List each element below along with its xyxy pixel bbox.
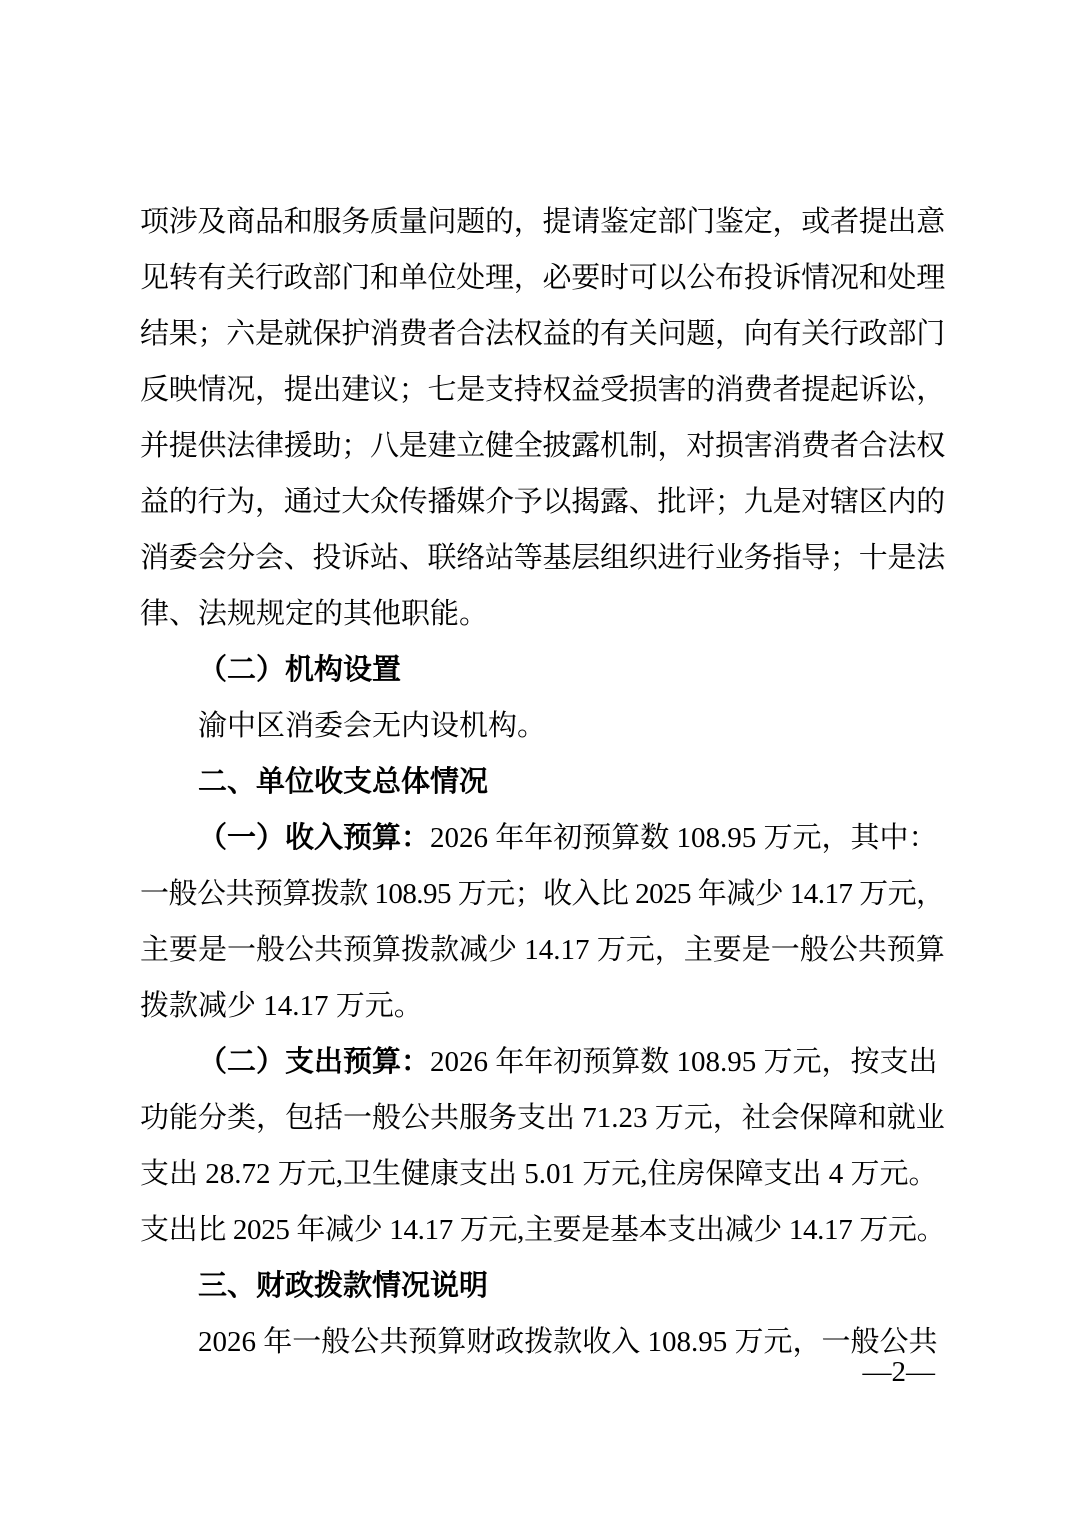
body-text-line: 益的行为，通过大众传播媒介予以揭露、批评；九是对辖区内的 <box>140 474 945 530</box>
body-text-line: 主要是一般公共预算拨款减少 14.17 万元，主要是一般公共预算 <box>140 922 945 978</box>
body-text-line: 反映情况，提出建议；七是支持权益受损害的消费者提起诉讼， <box>140 362 945 418</box>
body-text-line: 并提供法律援助；八是建立健全披露机制，对损害消费者合法权 <box>140 418 945 474</box>
paragraph-lead-income: （一）收入预算： <box>198 822 430 854</box>
subsection-heading-org: （二）机构设置 <box>140 642 945 698</box>
paragraph-lead-expense: （二）支出预算： <box>198 1046 430 1078</box>
body-text-line: 项涉及商品和服务质量问题的，提请鉴定部门鉴定，或者提出意 <box>140 194 945 250</box>
page-number: —2— <box>140 1344 945 1400</box>
body-text-segment: 2026 年年初预算数 108.95 万元，按支出 <box>430 1046 938 1078</box>
body-text-line: 一般公共预算拨款 108.95 万元；收入比 2025 年减少 14.17 万元… <box>140 866 945 922</box>
body-text-line: 结果；六是就保护消费者合法权益的有关问题，向有关行政部门 <box>140 306 945 362</box>
body-text-line: 支出 28.72 万元,卫生健康支出 5.01 万元,住房保障支出 4 万元。 <box>140 1146 945 1202</box>
document-page: 项涉及商品和服务质量问题的，提请鉴定部门鉴定，或者提出意 见转有关行政部门和单位… <box>0 0 1074 1520</box>
body-text-line: （二）支出预算：2026 年年初预算数 108.95 万元，按支出 <box>140 1034 945 1090</box>
section-heading-3: 三、财政拨款情况说明 <box>140 1258 945 1314</box>
document-body: 项涉及商品和服务质量问题的，提请鉴定部门鉴定，或者提出意 见转有关行政部门和单位… <box>140 194 945 1370</box>
section-heading-2: 二、单位收支总体情况 <box>140 754 945 810</box>
body-text-line: 拨款减少 14.17 万元。 <box>140 978 945 1034</box>
body-text-line: 见转有关行政部门和单位处理，必要时可以公布投诉情况和处理 <box>140 250 945 306</box>
body-text-line: 功能分类，包括一般公共服务支出 71.23 万元，社会保障和就业 <box>140 1090 945 1146</box>
body-text-line: 渝中区消委会无内设机构。 <box>140 698 945 754</box>
body-text-line: 律、法规规定的其他职能。 <box>140 586 945 642</box>
body-text-line: （一）收入预算：2026 年年初预算数 108.95 万元，其中： <box>140 810 945 866</box>
body-text-segment: 2026 年年初预算数 108.95 万元，其中： <box>430 822 938 854</box>
body-text-line: 支出比 2025 年减少 14.17 万元,主要是基本支出减少 14.17 万元… <box>140 1202 945 1258</box>
body-text-line: 消委会分会、投诉站、联络站等基层组织进行业务指导；十是法 <box>140 530 945 586</box>
